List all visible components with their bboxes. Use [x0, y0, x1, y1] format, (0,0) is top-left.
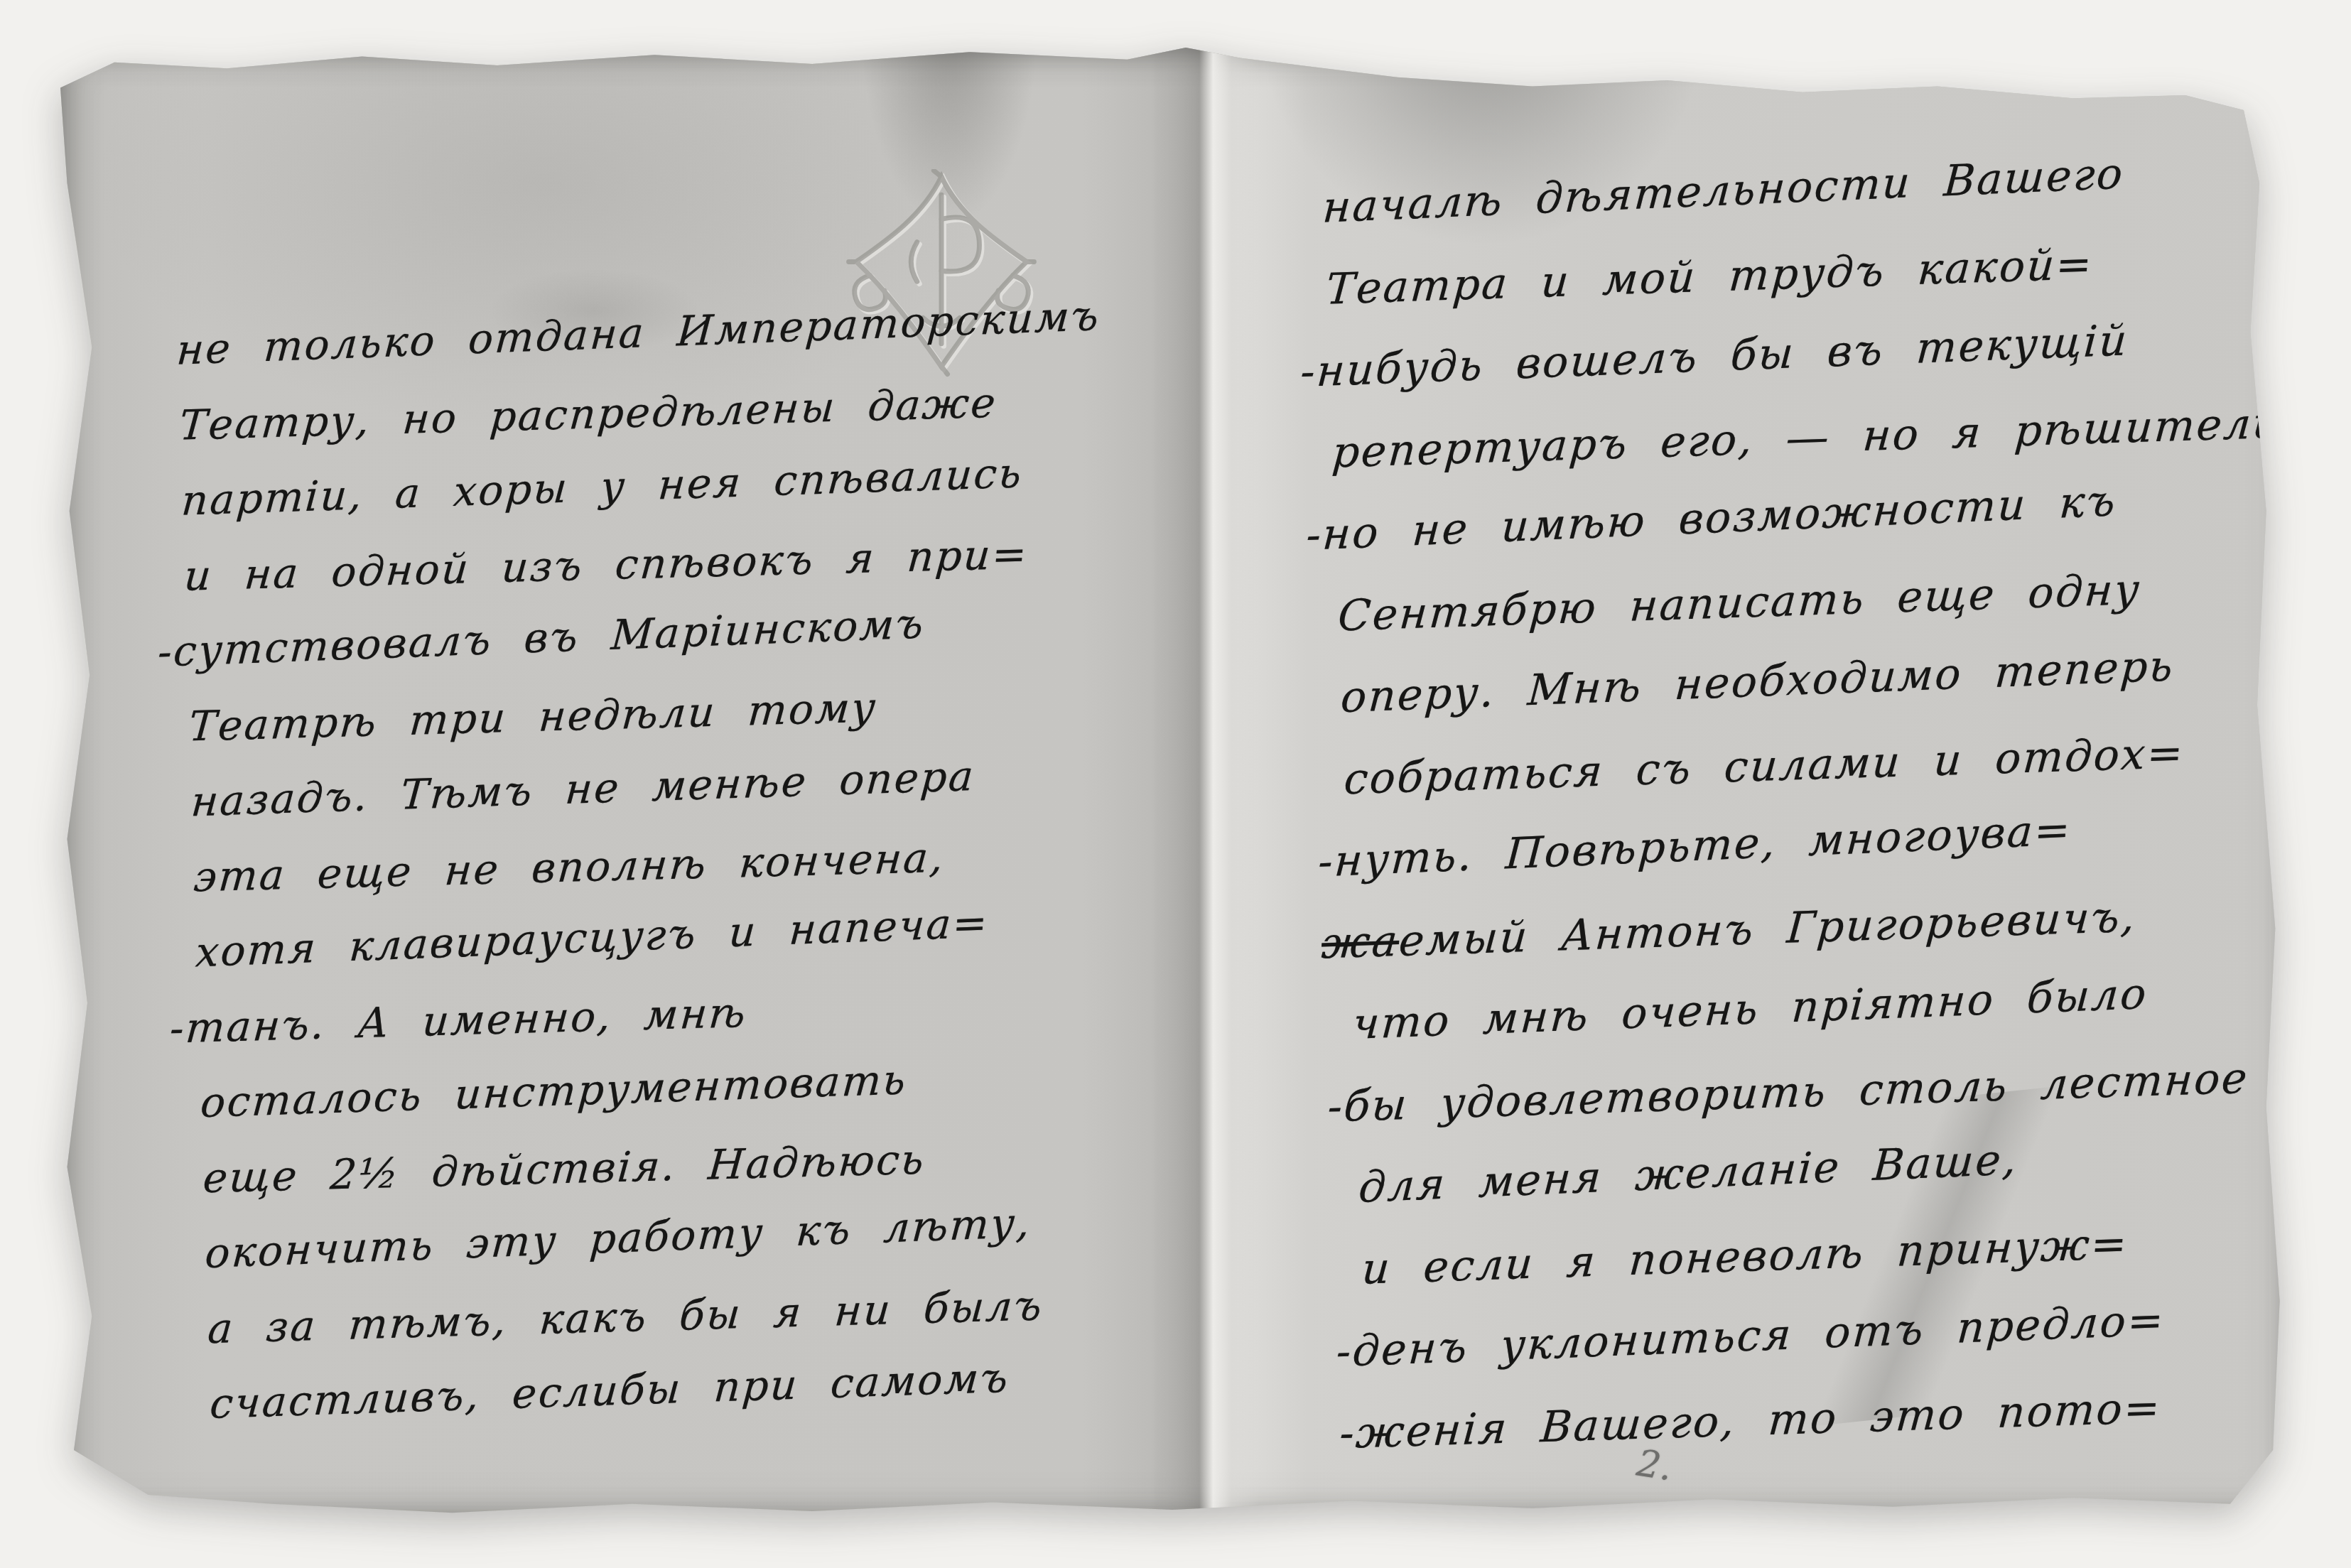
strikethrough-correction: жа	[1320, 917, 1401, 969]
left-page-text: не только отдана Императорскимъ Театру, …	[172, 283, 1130, 1442]
letter-line-text: емый Антонъ Григорьевичъ,	[1398, 892, 2139, 966]
letter-sheet: не только отдана Императорскимъ Театру, …	[47, 34, 2298, 1525]
center-fold	[1152, 34, 1259, 1525]
right-page-text: началѣ дѣятельности Вашего Театра и мой …	[1317, 131, 2348, 1474]
pencil-page-number: 2.	[1634, 1442, 1675, 1489]
scan-background: не только отдана Императорскимъ Театру, …	[0, 0, 2351, 1568]
paper-surface: не только отдана Императорскимъ Театру, …	[47, 34, 2298, 1525]
